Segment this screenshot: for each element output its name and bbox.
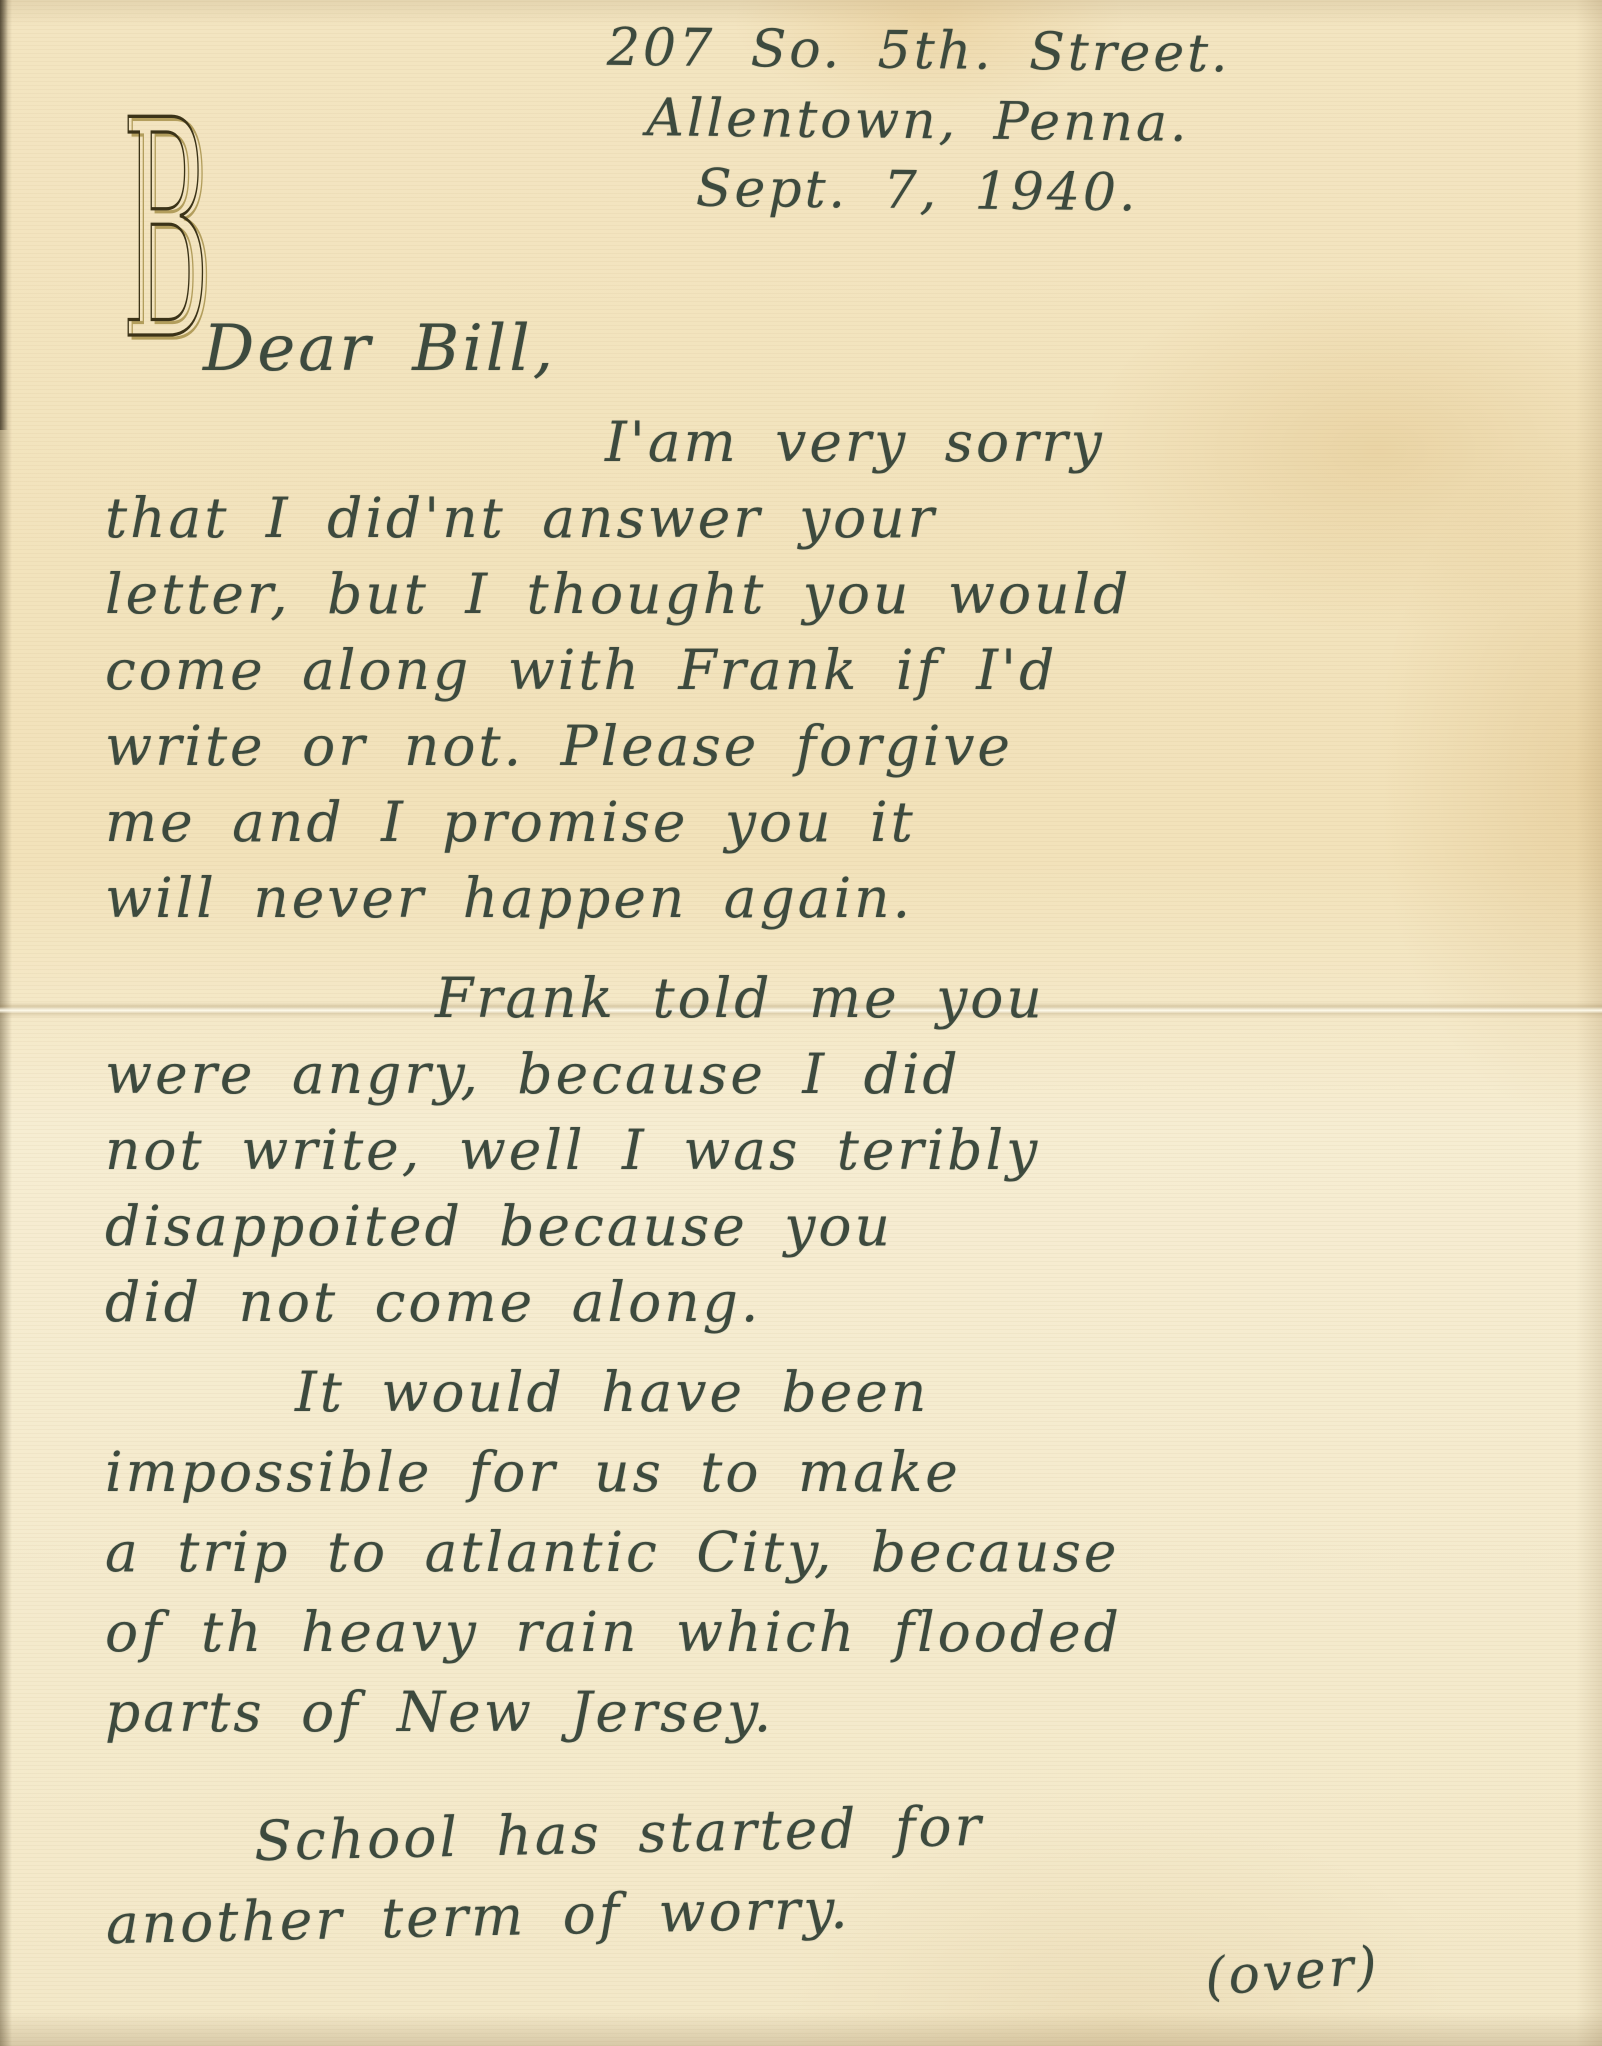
- handwritten-line: parts of New Jersey.: [105, 1672, 1122, 1752]
- scan-edge-shadow: [0, 0, 8, 430]
- letter-page: B B 207 So. 5th. Street. Allentown, Penn…: [0, 0, 1602, 2046]
- handwritten-line: impossible for us to make: [105, 1432, 1122, 1512]
- handwritten-line: did not come along.: [105, 1264, 1045, 1340]
- paragraph-frank: Frank told me you were angry, because I …: [105, 960, 1045, 1340]
- handwritten-line: come along with Frank if I'd: [105, 632, 1131, 708]
- handwritten-line: It would have been: [295, 1352, 1122, 1432]
- paragraph-apology: I'am very sorry that I did'nt answer you…: [105, 404, 1131, 936]
- handwritten-line: will never happen again.: [105, 860, 1131, 936]
- handwritten-line: were angry, because I did: [105, 1036, 1045, 1112]
- over-page-note: (over): [1203, 1936, 1382, 2008]
- handwritten-line: of th heavy rain which flooded: [105, 1592, 1122, 1672]
- handwritten-line: that I did'nt answer your: [105, 480, 1131, 556]
- handwritten-line: Frank told me you: [435, 960, 1045, 1036]
- letterhead-street-address: 207 So. 5th. Street.: [607, 13, 1231, 90]
- handwritten-line: a trip to atlantic City, because: [105, 1512, 1122, 1592]
- handwritten-line: another term of worry.: [105, 1866, 986, 1964]
- handwritten-line: write or not. Please forgive: [105, 708, 1131, 784]
- letterhead: 207 So. 5th. Street. Allentown, Penna. S…: [597, 13, 1239, 230]
- handwritten-line: not write, well I was teribly: [105, 1112, 1045, 1188]
- handwritten-line: disappoited because you: [105, 1188, 1045, 1264]
- letterhead-date: Sept. 7, 1940.: [696, 154, 1139, 229]
- handwritten-line: I'am very sorry: [605, 404, 1131, 480]
- handwritten-line: School has started for: [253, 1786, 984, 1881]
- salutation: Dear Bill,: [203, 312, 556, 386]
- letterhead-city-state: Allentown, Penna.: [646, 83, 1190, 159]
- handwritten-line: letter, but I thought you would: [105, 556, 1131, 632]
- paragraph-atlantic-city: It would have been impossible for us to …: [105, 1352, 1122, 1752]
- paragraph-school: School has started for another term of w…: [103, 1786, 986, 1964]
- handwritten-line: me and I promise you it: [105, 784, 1131, 860]
- monogram-glyph: B: [122, 92, 210, 354]
